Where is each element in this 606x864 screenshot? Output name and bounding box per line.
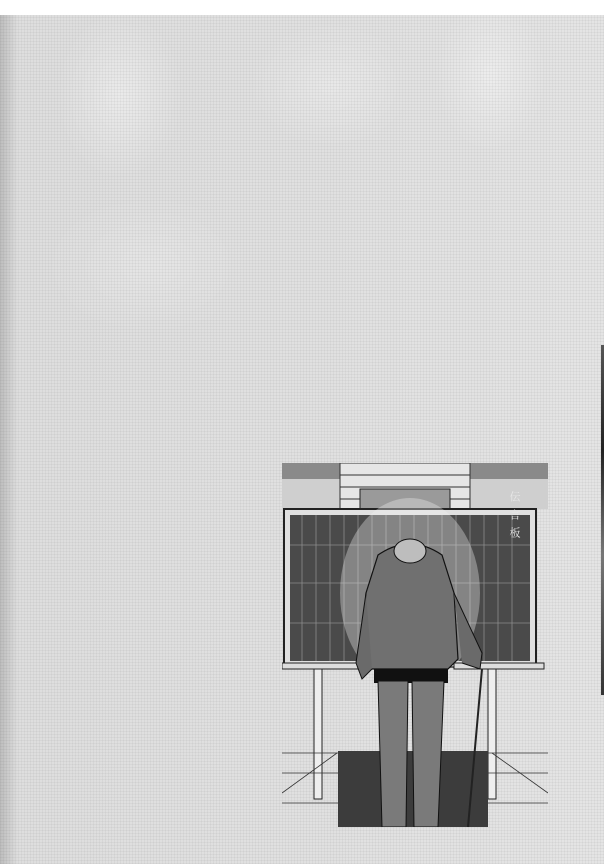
illustration-panel: 伝言板: [282, 463, 548, 827]
message-board-sign: 伝言板: [506, 491, 522, 545]
page-edge-shadow: [601, 345, 604, 695]
manga-page: 伝言板: [0, 15, 604, 864]
